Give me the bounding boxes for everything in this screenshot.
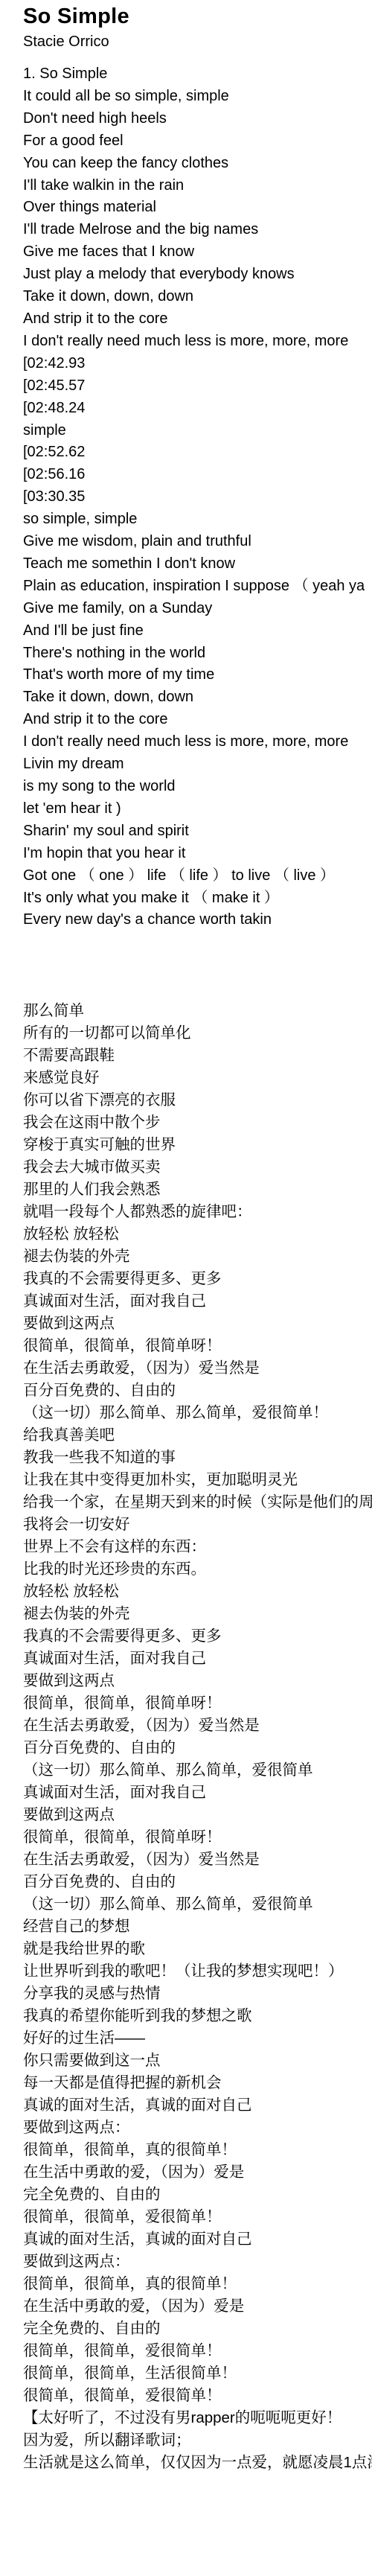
lyric-line: 要做到这两点： <box>23 2117 372 2139</box>
lyric-line: 放轻松 放轻松 <box>23 1223 372 1246</box>
lyric-line: For a good feel <box>23 130 372 153</box>
lyric-line: Give me wisdom, plain and truthful <box>23 531 372 553</box>
lyric-line: Teach me somethin I don't know <box>23 553 372 576</box>
lyric-line: 不需要高跟鞋 <box>23 1045 372 1067</box>
lyric-line: It's only what you make it （ make it ） <box>23 887 372 910</box>
lyric-line: 让世界听到我的歌吧！（让我的梦想实现吧！） <box>23 1960 372 1983</box>
lyric-line: Don't need high heels <box>23 108 372 130</box>
lyric-line: 在生活去勇敢爱，（因为）爱当然是 <box>23 1849 372 1871</box>
lyrics-english-block: 1. So SimpleIt could all be so simple, s… <box>23 63 372 931</box>
lyric-line: 在生活去勇敢爱，（因为）爱当然是 <box>23 1357 372 1380</box>
lyric-line: 很简单，很简单，很简单呀！ <box>23 1335 372 1357</box>
lyric-line: （这一切）那么简单、那么简单，爱很简单 <box>23 1759 372 1782</box>
lyric-line: 完全免费的、自由的 <box>23 2184 372 2206</box>
lyric-line: 所有的一切都可以简单化 <box>23 1022 372 1045</box>
lyric-line: That's worth more of my time <box>23 664 372 686</box>
lyric-line: 我真的希望你能听到我的梦想之歌 <box>23 2005 372 2027</box>
lyric-line: 在生活中勇敢的爱，（因为）爱是 <box>23 2295 372 2318</box>
lyric-line: 教我一些我不知道的事 <box>23 1447 372 1469</box>
lyric-line: 【太好听了，不过没有男rapper的呃呃呃更好！ <box>23 2407 372 2429</box>
lyric-line: 很简单，很简单，生活很简单！ <box>23 2362 372 2385</box>
lyric-line: And strip it to the core <box>23 709 372 731</box>
lyric-line: 那么简单 <box>23 1000 372 1022</box>
lyric-line: Give me faces that I know <box>23 241 372 264</box>
lyric-line: There's nothing in the world <box>23 643 372 665</box>
lyric-line: simple <box>23 420 372 442</box>
lyric-line: 那里的人们我会熟悉 <box>23 1179 372 1201</box>
lyric-line: 很简单，很简单，爱很简单！ <box>23 2385 372 2407</box>
lyric-line: It could all be so simple, simple <box>23 86 372 108</box>
song-title: So Simple <box>23 0 372 29</box>
lyric-line: I'm hopin that you hear it <box>23 843 372 865</box>
lyric-line: [02:45.57 <box>23 375 372 398</box>
lyric-line: Give me family, on a Sunday <box>23 598 372 620</box>
lyric-line: 我将会一切安好 <box>23 1514 372 1536</box>
artist-name: Stacie Orrico <box>23 33 372 51</box>
lyric-line: And strip it to the core <box>23 308 372 331</box>
lyric-line: 真诚面对生活，面对我自己 <box>23 1648 372 1670</box>
lyric-line: 真诚面对生活，面对我自己 <box>23 1782 372 1804</box>
lyric-line: [02:42.93 <box>23 353 372 375</box>
lyric-line: 就唱一段每个人都熟悉的旋律吧： <box>23 1201 372 1223</box>
lyric-line: Over things material <box>23 197 372 219</box>
lyric-line: 分享我的灵感与热情 <box>23 1983 372 2005</box>
lyric-line: 我真的不会需要得更多、更多 <box>23 1625 372 1648</box>
lyric-line: 比我的时光还珍贵的东西。 <box>23 1558 372 1581</box>
lyric-line: I don't really need much less is more, m… <box>23 731 372 753</box>
lyric-line: 褪去伪装的外壳 <box>23 1603 372 1625</box>
lyric-line: You can keep the fancy clothes <box>23 153 372 175</box>
lyrics-page: So Simple Stacie Orrico 1. So SimpleIt c… <box>0 0 372 2474</box>
lyric-line: I'll take walkin in the rain <box>23 175 372 197</box>
lyric-line: 1. So Simple <box>23 63 372 86</box>
lyric-line: 好好的过生活—— <box>23 2027 372 2050</box>
lyric-line: 很简单，很简单，真的很简单！ <box>23 2139 372 2161</box>
lyric-line: let 'em hear it ) <box>23 798 372 820</box>
lyric-line: is my song to the world <box>23 776 372 798</box>
lyric-line: 很简单，很简单，很简单呀！ <box>23 1826 372 1849</box>
lyric-line: 给我真善美吧 <box>23 1424 372 1447</box>
lyric-line: 让我在其中变得更加朴实，更加聪明灵光 <box>23 1469 372 1491</box>
lyric-line: 在生活去勇敢爱，（因为）爱当然是 <box>23 1715 372 1737</box>
lyric-line: 来感觉良好 <box>23 1067 372 1089</box>
lyric-line: 百分百免费的、自由的 <box>23 1871 372 1893</box>
lyric-line: 我会去大城市做买卖 <box>23 1156 372 1179</box>
lyric-line: 真诚的面对生活，真诚的面对自己 <box>23 2094 372 2117</box>
lyric-line: 就是我给世界的歌 <box>23 1938 372 1960</box>
lyric-line: Sharin' my soul and spirit <box>23 820 372 843</box>
lyric-line: 要做到这两点 <box>23 1670 372 1692</box>
lyric-line: 很简单，很简单，爱很简单！ <box>23 2206 372 2228</box>
lyric-line: 因为爱，所以翻译歌词； <box>23 2429 372 2452</box>
lyric-line: 要做到这两点： <box>23 2251 372 2273</box>
lyric-line: 世界上不会有这样的东西： <box>23 1536 372 1558</box>
lyric-line: 我真的不会需要得更多、更多 <box>23 1268 372 1290</box>
lyric-line: 要做到这两点 <box>23 1313 372 1335</box>
lyric-line: 很简单，很简单，很简单呀！ <box>23 1692 372 1715</box>
lyric-line: Just play a melody that everybody knows <box>23 264 372 286</box>
lyric-line: Every new day's a chance worth takin <box>23 909 372 931</box>
lyric-line: Plain as education, inspiration I suppos… <box>23 576 372 598</box>
lyric-line: Take it down, down, down <box>23 686 372 709</box>
lyric-line: 要做到这两点 <box>23 1804 372 1826</box>
lyrics-chinese-translation-block: 那么简单所有的一切都可以简单化不需要高跟鞋来感觉良好你可以省下漂亮的衣服我会在这… <box>23 1000 372 2474</box>
lyric-line: 你只需要做到这一点 <box>23 2050 372 2072</box>
lyric-line: Take it down, down, down <box>23 286 372 308</box>
lyric-line: 放轻松 放轻松 <box>23 1581 372 1603</box>
lyric-line: 褪去伪装的外壳 <box>23 1246 372 1268</box>
lyric-line: [02:48.24 <box>23 398 372 420</box>
lyric-line: I don't really need much less is more, m… <box>23 331 372 353</box>
lyric-line: 真诚面对生活，面对我自己 <box>23 1290 372 1313</box>
lyric-line: 穿梭于真实可触的世界 <box>23 1134 372 1156</box>
lyric-line: I'll trade Melrose and the big names <box>23 219 372 241</box>
lyric-line: 真诚的面对生活，真诚的面对自己 <box>23 2228 372 2251</box>
lyric-line: （这一切）那么简单、那么简单，爱很简单 <box>23 1893 372 1916</box>
lyric-line: 很简单，很简单，爱很简单！ <box>23 2340 372 2362</box>
lyric-line: [03:30.35 <box>23 486 372 508</box>
lyric-line: 经营自己的梦想 <box>23 1916 372 1938</box>
lyric-line: Got one （ one ） life （ life ） to live （ … <box>23 865 372 887</box>
lyric-line: 百分百免费的、自由的 <box>23 1380 372 1402</box>
lyric-line: so simple, simple <box>23 508 372 531</box>
lyric-line: And I'll be just fine <box>23 620 372 643</box>
lyric-line: 我会在这雨中散个步 <box>23 1112 372 1134</box>
lyric-line: 给我一个家，在星期天到来的时候（实际是他们的周日 <box>23 1491 372 1514</box>
lyric-line: [02:56.16 <box>23 464 372 486</box>
lyric-line: 百分百免费的、自由的 <box>23 1737 372 1759</box>
lyric-line: （这一切）那么简单、那么简单，爱很简单！ <box>23 1402 372 1424</box>
lyric-line: 完全免费的、自由的 <box>23 2318 372 2340</box>
lyric-line: 在生活中勇敢的爱，（因为）爱是 <box>23 2161 372 2184</box>
lyric-line: 每一天都是值得把握的新机会 <box>23 2072 372 2094</box>
lyric-line: [02:52.62 <box>23 441 372 464</box>
lyric-line: 你可以省下漂亮的衣服 <box>23 1089 372 1112</box>
lyric-line: 很简单，很简单，真的很简单！ <box>23 2273 372 2295</box>
lyric-line: Livin my dream <box>23 753 372 776</box>
lyric-line: 生活就是这么简单，仅仅因为一点爱，就愿凌晨1点添 <box>23 2452 372 2474</box>
